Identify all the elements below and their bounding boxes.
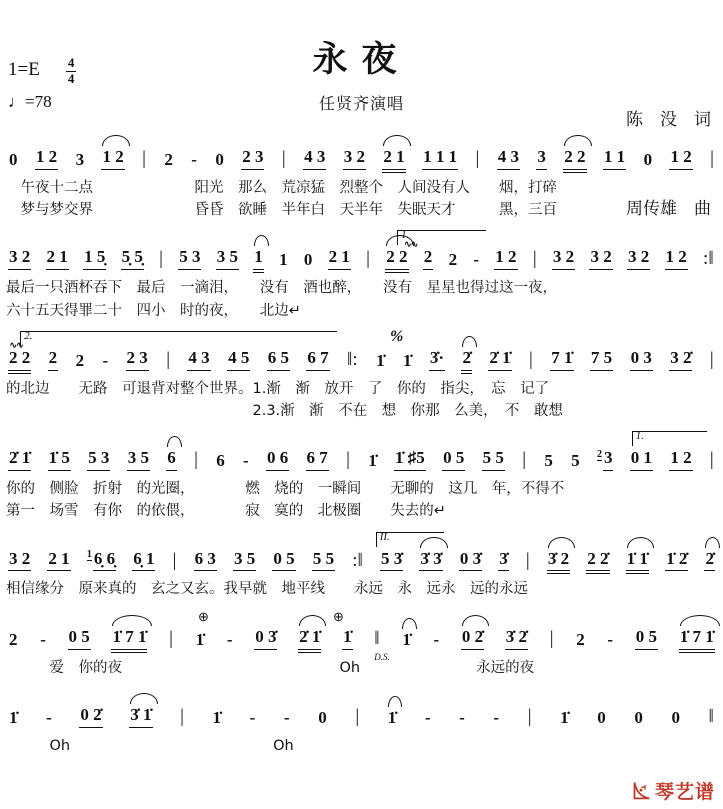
barline: |	[532, 248, 538, 270]
lyrics-line: 六十五天得罪二十 四小 时的夜， 北边↵	[6, 300, 717, 322]
note-token: 2̇ 1̇	[298, 627, 321, 650]
time-signature-numerator: 4	[66, 56, 77, 72]
song-title: 永夜	[0, 0, 723, 82]
barline: |	[528, 349, 534, 371]
barline: |	[709, 148, 715, 170]
notation-system: 1̇-0 2̇3̇ 1̇|1̇--0|1̇---|1̇000‖ Oh Oh	[6, 688, 717, 757]
note-token: 3 2	[8, 247, 31, 270]
note-token: 2 1	[47, 549, 70, 572]
note-token: 3 5	[233, 549, 256, 572]
note-token: 0	[317, 708, 328, 728]
note-token: 2	[8, 630, 19, 650]
note-token: 0 1	[630, 448, 653, 471]
qinyipu-logo-text: 琴艺谱	[655, 777, 715, 804]
note-token: 7 1̇	[550, 348, 573, 371]
barline: |	[525, 550, 531, 572]
note-token: 0 2̇	[461, 627, 484, 650]
note-token: 2 2	[385, 247, 408, 270]
tie-arc	[705, 537, 720, 548]
note-token: 6̣ 1	[132, 549, 155, 572]
note-token: 1 2	[35, 147, 58, 170]
barline: ‖:	[346, 349, 359, 371]
key-signature: 1=E	[8, 56, 40, 85]
barline: |	[281, 148, 287, 170]
grace-note: 1	[87, 549, 92, 561]
note-token: 1 2	[101, 147, 124, 170]
barline: ‖	[708, 706, 715, 728]
tie-arc	[383, 135, 410, 146]
note-token: 3̇·	[429, 348, 445, 371]
lyrics-line: 最后一只酒杯吞下 最后 一滴泪， 没有 酒也醉， 没有 星星也得过这一夜，	[6, 277, 717, 299]
barline: |	[709, 349, 715, 371]
tie-arc	[564, 135, 591, 146]
note-token: 1̇ 7 1̇	[679, 627, 715, 650]
notation-line: 3 22 11 5̣5̣ 5̣|5 33 51102 1|2 222-1 2|3…	[6, 230, 717, 277]
note-token: 1 2	[669, 147, 692, 170]
note-token: 2	[48, 348, 59, 371]
barline: |	[165, 349, 171, 371]
note-token: 2	[75, 351, 86, 371]
notation-line: 01 231 2|2-02 3|4 33 22 11 1 1|4 332 21 …	[6, 130, 717, 177]
note-token: 0 3̇	[459, 549, 482, 572]
note-token: 5	[570, 451, 581, 471]
note-token: 0	[633, 708, 644, 728]
note-token: -	[242, 451, 250, 471]
note-token: 2̇ 1̇	[488, 348, 511, 371]
notation-system: 1.∿∿3 22 11 5̣5̣ 5̣|5 33 51102 1|2 222-1…	[6, 230, 717, 321]
note-token: 1̇	[195, 630, 206, 650]
note-token: 3	[75, 150, 86, 170]
note-token: 1	[253, 247, 264, 270]
segno-mark: %	[390, 328, 403, 346]
note-token: 1 1	[603, 147, 626, 170]
note-token: 5̣ 5̣	[121, 247, 144, 270]
note-token: -	[249, 708, 257, 728]
note-token: 23	[597, 448, 614, 471]
coda-mark: ⊕	[198, 609, 209, 625]
note-token: 0 3̇	[254, 627, 277, 650]
note-token: 3 2	[343, 147, 366, 170]
tie-arc	[167, 436, 182, 447]
note-token: 4 3	[303, 147, 326, 170]
time-signature-denominator: 4	[68, 72, 75, 86]
note-token: 3 2	[8, 549, 31, 572]
barline: |	[474, 148, 480, 170]
key-signature-block: 1=E 4 4 ♩=78	[8, 56, 76, 115]
sheet-music-page: 1=E 4 4 ♩=78 永夜 任贤齐演唱 陈 没 词 周传雄 曲 01 231…	[0, 0, 723, 809]
tie-arc	[112, 615, 152, 626]
note-token: 3 2̇	[669, 348, 692, 371]
tie-arc	[254, 235, 269, 246]
tie-arc	[462, 336, 477, 347]
note-token: 1 2	[494, 247, 517, 270]
note-token: 1̇	[375, 351, 386, 371]
note-token: 2 2	[8, 348, 31, 371]
note-token: 1̇	[342, 627, 353, 650]
tie-arc	[402, 618, 417, 629]
note-token: 0	[8, 150, 19, 170]
barline: |	[179, 706, 185, 728]
barline: |	[365, 248, 371, 270]
note-token: 3 2	[589, 247, 612, 270]
tie-arc	[388, 696, 403, 707]
barline: |	[709, 449, 715, 471]
barline: ‖D.S.	[373, 628, 380, 650]
note-token: 1̇ 5	[48, 448, 71, 471]
note-token: 2̇	[461, 348, 472, 371]
note-token: 4 3	[497, 147, 520, 170]
note-token: -	[190, 150, 198, 170]
tie-arc	[462, 615, 489, 626]
note-token: 2	[163, 150, 174, 170]
note-token: 3 5	[216, 247, 239, 270]
notation-system: II.3 22 116̣ 6̣6̣ 1|6 33 50 55 5:‖5 3̇3̇…	[6, 532, 717, 601]
note-token: 0	[596, 708, 607, 728]
note-token: 2	[423, 247, 434, 270]
note-token: 2̇	[704, 549, 715, 572]
note-token: 1̇	[402, 351, 413, 371]
qinyipu-logo-icon	[631, 780, 652, 801]
note-token: 1 5̣	[83, 247, 106, 270]
note-token: 4 3	[187, 348, 210, 371]
note-token: -	[283, 708, 291, 728]
note-token: 3̇ 2	[547, 549, 570, 572]
barline: |	[158, 248, 164, 270]
note-token: 3̇ 1̇	[129, 705, 152, 728]
note-token: 3̇ 3̇	[419, 549, 442, 572]
volta-mark: 1.	[632, 431, 707, 446]
notation-system: ⊕⊕2-0 51̇ 7 1̇|1̇-0 3̇2̇ 1̇1̇‖D.S.1̇-0 2…	[6, 610, 717, 679]
qinyipu-watermark: 琴艺谱	[631, 777, 715, 804]
note-token: 2	[448, 250, 459, 270]
note-token: 6 7	[306, 348, 329, 371]
note-token: 3 2	[627, 247, 650, 270]
note-token: 1̇ ♯5	[394, 448, 426, 471]
note-token: -	[39, 630, 47, 650]
barline: |	[172, 550, 178, 572]
tie-arc	[680, 615, 720, 626]
tie-arc	[627, 537, 654, 548]
note-token: -	[433, 630, 441, 650]
barline: |	[527, 706, 533, 728]
note-token: 0 5	[272, 549, 295, 572]
notation-system: ∿∿2.%2 222-2 3|4 34 56 56 7‖:1̇1̇3̇·2̇2̇…	[6, 331, 717, 422]
note-token: 1̇	[367, 451, 378, 471]
note-token: 1	[278, 250, 289, 270]
note-token: -	[472, 250, 480, 270]
lyrics-line: Oh Oh	[6, 735, 717, 757]
notation-line: 2-0 51̇ 7 1̇|1̇-0 3̇2̇ 1̇1̇‖D.S.1̇-0 2̇3…	[6, 610, 717, 657]
barline: |	[354, 706, 360, 728]
notation-system: 01 231 2|2-02 3|4 33 22 11 1 1|4 332 21 …	[6, 130, 717, 221]
note-token: 2 3	[126, 348, 149, 371]
lyrics-line: 2.3.渐 渐 不在 想 你那 么美， 不 敢想	[6, 400, 717, 422]
barline: :‖	[351, 550, 364, 572]
note-token: 6 5	[267, 348, 290, 371]
barline: |	[141, 148, 147, 170]
tempo-marking: ♩=78	[8, 89, 76, 115]
note-token: 6	[166, 448, 177, 471]
note-token: 3̇ 2̇	[505, 627, 528, 650]
lyrics-line: 的北边 无路 可退背对整个世界。1.渐 渐 放开 了 你的 指尖， 忘 记了	[6, 378, 717, 400]
note-token: -	[101, 351, 109, 371]
ds-label: D.S.	[374, 652, 390, 662]
note-token: 2 2	[563, 147, 586, 170]
barline: |	[193, 449, 199, 471]
note-token: 0	[643, 150, 654, 170]
note-token: 1̇ 2̇	[665, 549, 688, 572]
notation-system: 1.2̇ 1̇1̇ 55 33 56|6-0 66 7|1̇1̇ ♯50 55 …	[6, 431, 717, 522]
note-token: 0 5	[68, 627, 91, 650]
time-signature: 4 4	[66, 56, 77, 85]
grace-note: 2	[597, 449, 602, 461]
note-token: 1 2	[669, 448, 692, 471]
note-token: 0 3	[630, 348, 653, 371]
note-token: 2 2̇	[586, 549, 609, 572]
note-token: 6 3	[194, 549, 217, 572]
note-token: 6	[215, 451, 226, 471]
tie-arc	[102, 135, 129, 146]
note-token: 3̇	[498, 549, 509, 572]
header: 1=E 4 4 ♩=78 永夜 任贤齐演唱 陈 没 词 周传雄 曲	[0, 0, 723, 124]
note-token: 1̇	[559, 708, 570, 728]
note-token: 0	[303, 250, 314, 270]
barline: |	[168, 628, 174, 650]
note-token: 4 5	[227, 348, 250, 371]
lyrics-line: 相信缘分 原来真的 玄之又玄。我早就 地平线 永远 永 远永 远的永远	[6, 578, 717, 600]
note-token: 3 2	[552, 247, 575, 270]
note-token: 1 1 1	[422, 147, 458, 170]
note-token: 0	[214, 150, 225, 170]
tie-arc	[299, 615, 326, 626]
barline: :‖	[702, 248, 715, 270]
mordent-mark: ∿∿	[404, 239, 417, 250]
note-token: -	[226, 630, 234, 650]
note-token: 7 5	[590, 348, 613, 371]
note-token: 1 2	[665, 247, 688, 270]
lyrics-line: 梦与梦交界 昏昏 欲睡 半年白 天半年 失眠天才 黑，三百	[6, 199, 717, 221]
note-token: 0 2̇	[79, 705, 102, 728]
note-token: 5 5	[312, 549, 335, 572]
note-token: 2 1	[382, 147, 405, 170]
barline: |	[549, 628, 555, 650]
note-token: 2̇ 1̇	[8, 448, 31, 471]
lyrics-line: 第一 场雪 有你 的依偎， 寂 寞的 北极圈 失去的↵	[6, 500, 717, 522]
note-token: 5 3	[178, 247, 201, 270]
note-token: 5 3	[87, 448, 110, 471]
volta-mark: II.	[376, 532, 444, 547]
note-token: -	[45, 708, 53, 728]
note-token: 16̣ 6̣	[87, 549, 116, 572]
tie-arc	[548, 537, 575, 548]
note-token: 0 6	[266, 448, 289, 471]
note-token: 2 1	[46, 247, 69, 270]
lyrics-line: 你的 侧脸 折射 的光圈， 燃 烧的 一瞬间 无聊的 这几 年，不得不	[6, 478, 717, 500]
note-token: 0 5	[442, 448, 465, 471]
note-token: -	[606, 630, 614, 650]
barline: |	[345, 449, 351, 471]
note-token: 1̇	[8, 708, 19, 728]
note-token: 3 5	[127, 448, 150, 471]
note-token: 5 3̇	[380, 549, 403, 572]
volta-mark: 2.	[20, 331, 337, 346]
lyrics-line: 午夜十二点 阳光 那么 荒凉猛 烈整个 人间没有人 烟，打碎	[6, 177, 717, 199]
performer: 任贤齐演唱	[0, 91, 723, 114]
note-token: -	[492, 708, 500, 728]
lyrics-line: 爱 你的夜 Oh 永远的夜	[6, 657, 717, 679]
notation-line: 3 22 116̣ 6̣6̣ 1|6 33 50 55 5:‖5 3̇3̇ 3̇…	[6, 532, 717, 579]
notation-line: 1̇-0 2̇3̇ 1̇|1̇--0|1̇---|1̇000‖	[6, 688, 717, 735]
note-token: 3	[536, 147, 547, 170]
note-token: 0 5	[635, 627, 658, 650]
note-token: 2 3	[241, 147, 264, 170]
note-token: 6 7	[306, 448, 329, 471]
note-token: -	[424, 708, 432, 728]
note-token: 1̇	[212, 708, 223, 728]
note-token: 0	[670, 708, 681, 728]
note-token: -	[458, 708, 466, 728]
note-token: 2	[575, 630, 586, 650]
note-token: 1̇	[387, 708, 398, 728]
note-token: 2 1	[328, 247, 351, 270]
score: 01 231 2|2-02 3|4 33 22 11 1 1|4 332 21 …	[0, 124, 723, 757]
notation-line: 2̇ 1̇1̇ 55 33 56|6-0 66 7|1̇1̇ ♯50 55 5|…	[6, 431, 717, 478]
barline: |	[521, 449, 527, 471]
note-token: 5 5	[482, 448, 505, 471]
tie-arc	[130, 693, 157, 704]
note-token: 1̇ 7 1̇	[111, 627, 147, 650]
note-token: 1̇	[401, 630, 412, 650]
coda-mark: ⊕	[333, 609, 344, 625]
note-token: 5	[543, 451, 554, 471]
note-token: 1̇ 1̇	[626, 549, 649, 572]
